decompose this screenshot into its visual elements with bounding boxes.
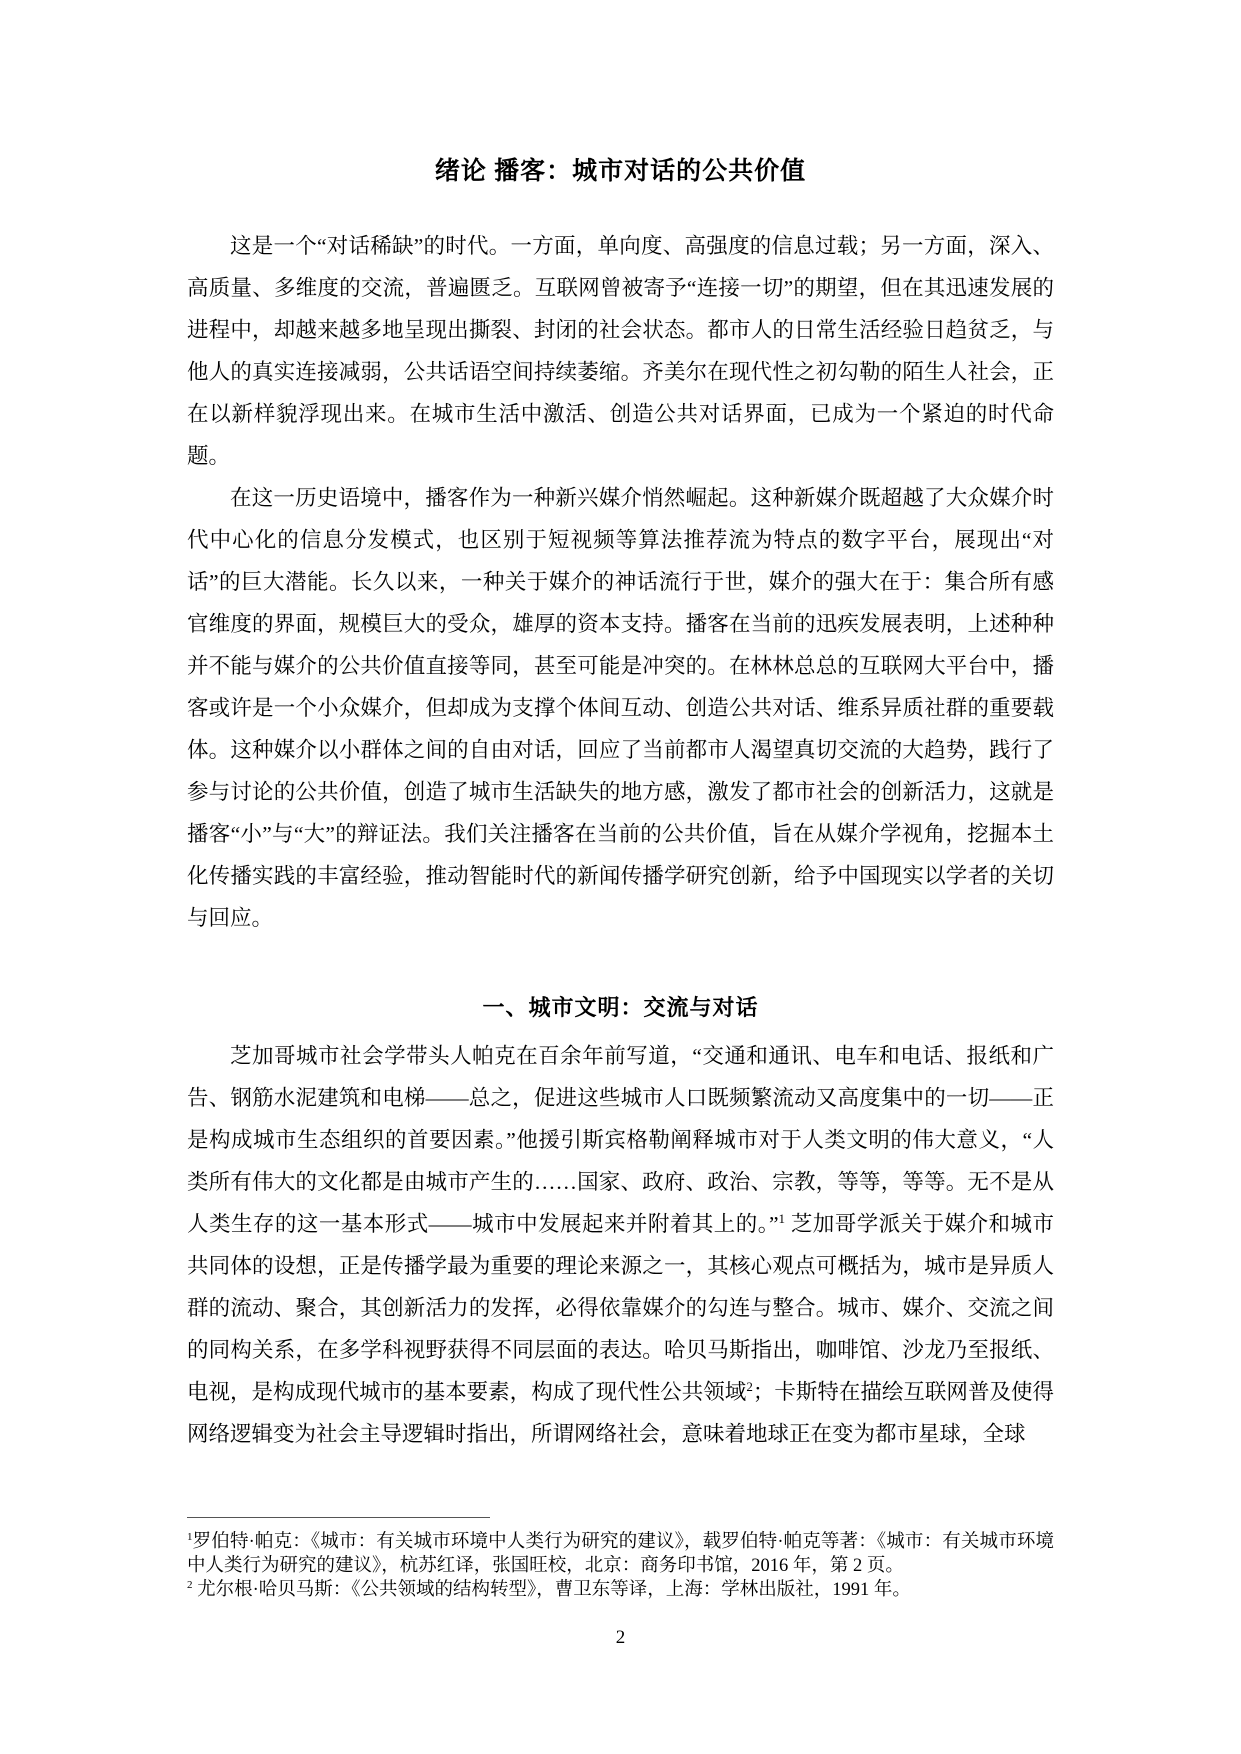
document-body: 这是一个“对话稀缺”的时代。一方面，单向度、高强度的信息过载；另一方面，深入、高… bbox=[187, 225, 1054, 1455]
section-heading: 一、城市文明：交流与对话 bbox=[187, 987, 1054, 1029]
footnote-text: 尤尔根·哈贝马斯：《公共领域的结构转型》，曹卫东等译，上海：学林出版社，1991… bbox=[193, 1580, 911, 1600]
document-title: 绪论 播客：城市对话的公共价值 bbox=[187, 155, 1054, 188]
footnote-list: 1罗伯特·帕克：《城市：有关城市环境中人类行为研究的建议》，载罗伯特·帕克等著：… bbox=[187, 1530, 1054, 1602]
document-page: 绪论 播客：城市对话的公共价值 这是一个“对话稀缺”的时代。一方面，单向度、高强… bbox=[0, 0, 1241, 1754]
footnote-text: 罗伯特·帕克：《城市：有关城市环境中人类行为研究的建议》，载罗伯特·帕克等著：《… bbox=[187, 1532, 1054, 1576]
page-number: 2 bbox=[0, 1626, 1241, 1650]
body-paragraph: 在这一历史语境中，播客作为一种新兴媒介悄然崛起。这种新媒介既超越了大众媒介时代中… bbox=[187, 477, 1054, 939]
text-run: 芝加哥学派关于媒介和城市共同体的设想，正是传播学最为重要的理论来源之一，其核心观… bbox=[187, 1212, 1054, 1404]
text-run: 在这一历史语境中，播客作为一种新兴媒介悄然崛起。这种新媒介既超越了大众媒介时代中… bbox=[187, 486, 1054, 930]
footnote-item: 2 尤尔根·哈贝马斯：《公共领域的结构转型》，曹卫东等译，上海：学林出版社，19… bbox=[187, 1578, 1054, 1602]
body-paragraph: 这是一个“对话稀缺”的时代。一方面，单向度、高强度的信息过载；另一方面，深入、高… bbox=[187, 225, 1054, 477]
footnote-separator bbox=[187, 1517, 490, 1518]
body-paragraph: 芝加哥城市社会学带头人帕克在百余年前写道，“交通和通讯、电车和电话、报纸和广告、… bbox=[187, 1035, 1054, 1455]
text-run: 这是一个“对话稀缺”的时代。一方面，单向度、高强度的信息过载；另一方面，深入、高… bbox=[187, 234, 1054, 468]
document-content: 绪论 播客：城市对话的公共价值 这是一个“对话稀缺”的时代。一方面，单向度、高强… bbox=[187, 0, 1054, 1455]
footnote-item: 1罗伯特·帕克：《城市：有关城市环境中人类行为研究的建议》，载罗伯特·帕克等著：… bbox=[187, 1530, 1054, 1578]
text-run: 芝加哥城市社会学带头人帕克在百余年前写道，“交通和通讯、电车和电话、报纸和广告、… bbox=[187, 1044, 1054, 1236]
footnotes-section: 1罗伯特·帕克：《城市：有关城市环境中人类行为研究的建议》，载罗伯特·帕克等著：… bbox=[187, 1517, 1054, 1602]
